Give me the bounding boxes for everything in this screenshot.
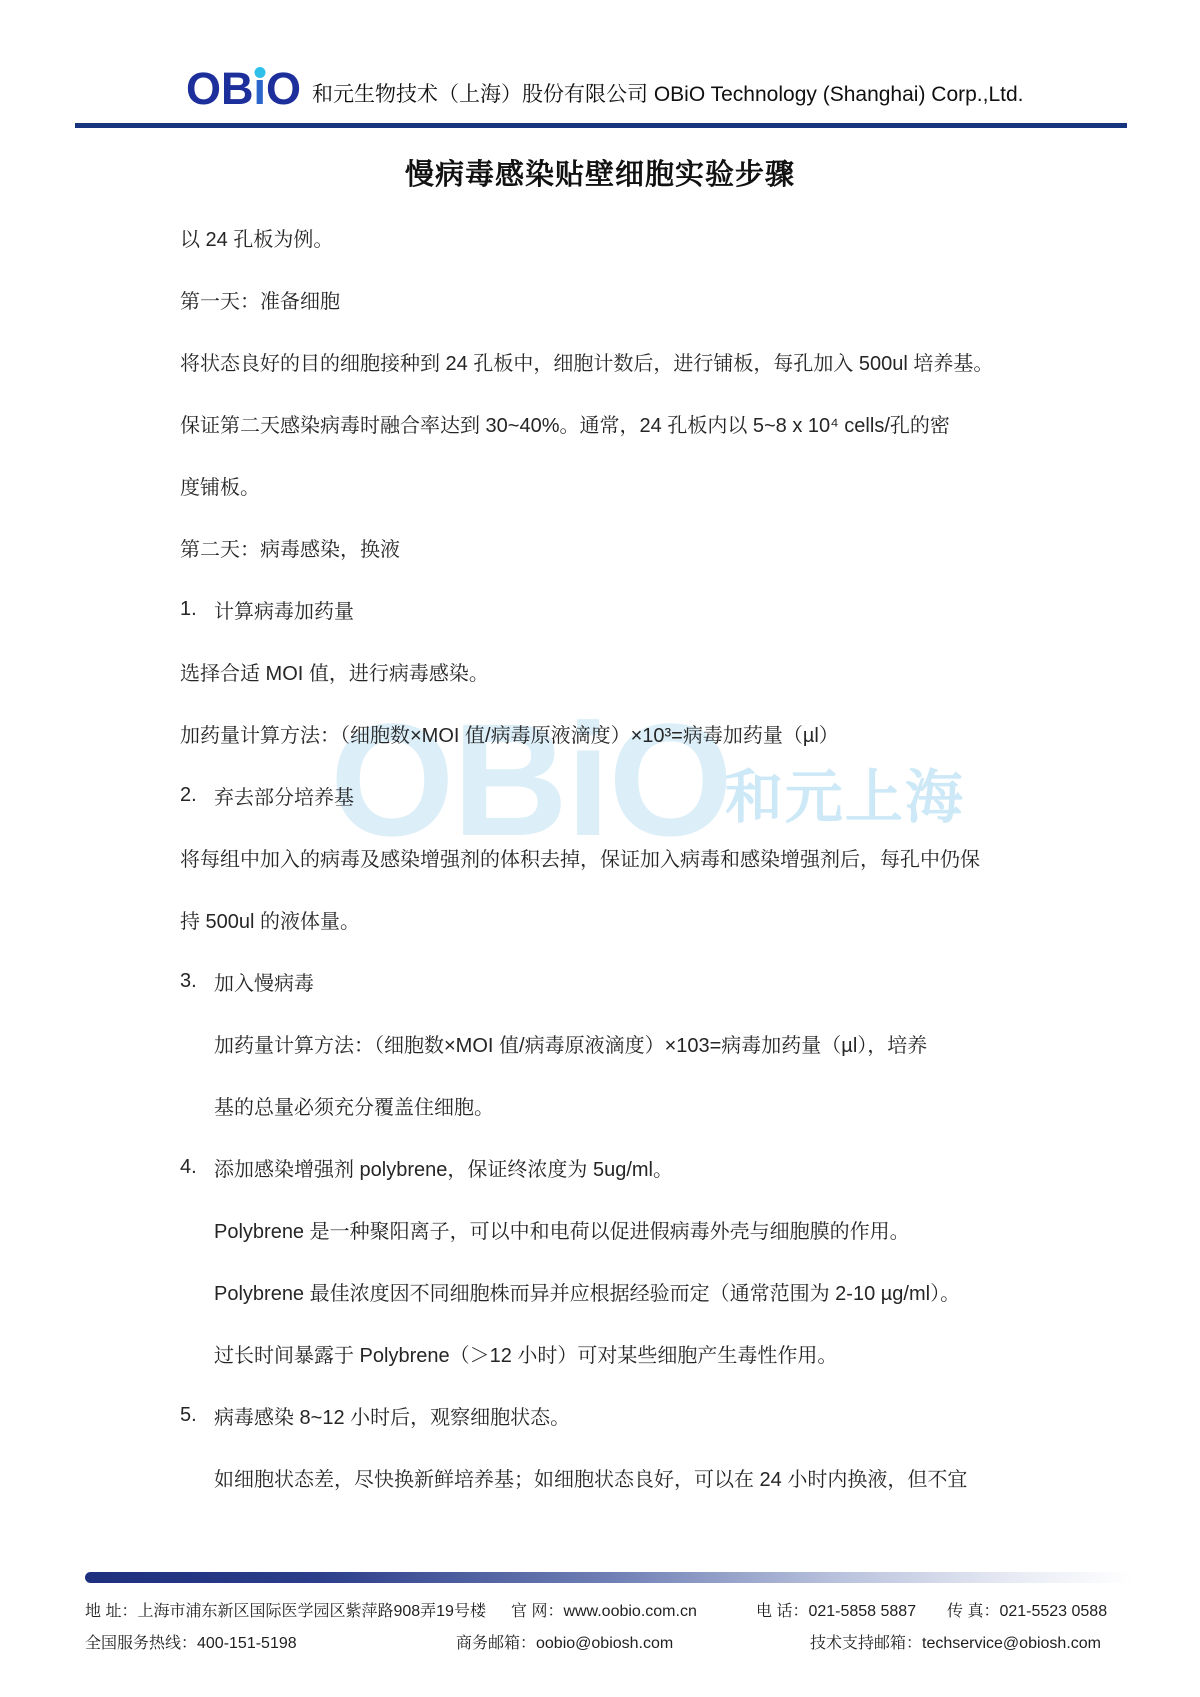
footer-tech-email: 技术支持邮箱：techservice@obiosh.com: [810, 1630, 1101, 1653]
paragraph-line: 度铺板。: [180, 454, 1040, 516]
list-item: 2.弃去部分培养基: [180, 764, 1040, 826]
footer-gradient-bar: [85, 1572, 1133, 1583]
paragraph-text: 第二天：病毒感染，换液: [180, 533, 400, 562]
paragraph-text: 弃去部分培养基: [214, 781, 354, 810]
paragraph-line: 保证第二天感染病毒时融合率达到 30~40%。通常，24 孔板内以 5~8 x …: [180, 392, 1040, 454]
footer-business-email: 商务邮箱：oobio@obiosh.com: [456, 1630, 673, 1653]
paragraph-text: 以 24 孔板为例。: [180, 223, 333, 252]
paragraph-text: 度铺板。: [180, 471, 260, 500]
paragraph-text: 基的总量必须充分覆盖住细胞。: [214, 1091, 494, 1120]
logo-letter: B: [221, 63, 254, 114]
paragraph-text: 病毒感染 8~12 小时后，观察细胞状态。: [214, 1401, 570, 1430]
paragraph-text: 过长时间暴露于 Polybrene（＞12 小时）可对某些细胞产生毒性作用。: [214, 1339, 837, 1368]
paragraph-text: 计算病毒加药量: [214, 595, 354, 624]
paragraph-line: 以 24 孔板为例。: [180, 206, 1040, 268]
paragraph-text: 持 500ul 的液体量。: [180, 905, 360, 934]
list-number: 5.: [180, 1404, 214, 1427]
footer-hotline: 全国服务热线：400-151-5198: [85, 1630, 297, 1653]
list-number: 4.: [180, 1156, 214, 1179]
paragraph-text: Polybrene 最佳浓度因不同细胞株而异并应根据经验而定（通常范围为 2-1…: [214, 1277, 960, 1306]
paragraph-line: Polybrene 最佳浓度因不同细胞株而异并应根据经验而定（通常范围为 2-1…: [180, 1260, 1040, 1322]
list-number: 3.: [180, 970, 214, 993]
paragraph-line: 基的总量必须充分覆盖住细胞。: [180, 1074, 1040, 1136]
paragraph-text: 将状态良好的目的细胞接种到 24 孔板中，细胞计数后，进行铺板，每孔加入 500…: [180, 347, 993, 376]
paragraph-line: 加药量计算方法：（细胞数×MOI 值/病毒原液滴度）×10³=病毒加药量（µl）: [180, 702, 1040, 764]
footer-phone: 电 话：021-5858 5887: [756, 1598, 916, 1621]
paragraph-line: 过长时间暴露于 Polybrene（＞12 小时）可对某些细胞产生毒性作用。: [180, 1322, 1040, 1384]
paragraph-line: 持 500ul 的液体量。: [180, 888, 1040, 950]
list-item: 4.添加感染增强剂 polybrene，保证终浓度为 5ug/ml。: [180, 1136, 1040, 1198]
footer-address: 地 址：上海市浦东新区国际医学园区紫萍路908弄19号楼: [85, 1598, 486, 1621]
list-item: 3.加入慢病毒: [180, 950, 1040, 1012]
list-number: 1.: [180, 598, 214, 621]
list-item: 5.病毒感染 8~12 小时后，观察细胞状态。: [180, 1384, 1040, 1446]
document-page: OBiO 和元生物技术（上海）股份有限公司 OBiO Technology (S…: [0, 0, 1200, 1697]
logo-letter-i: i: [254, 66, 267, 111]
paragraph-line: 加药量计算方法：（细胞数×MOI 值/病毒原液滴度）×103=病毒加药量（µl）…: [180, 1012, 1040, 1074]
obio-logo: OBiO: [186, 66, 301, 111]
paragraph-line: 如细胞状态差，尽快换新鲜培养基；如细胞状态良好，可以在 24 小时内换液，但不宜: [180, 1446, 1040, 1508]
list-item: 1.计算病毒加药量: [180, 578, 1040, 640]
logo-letter: O: [186, 63, 221, 114]
paragraph-line: 选择合适 MOI 值，进行病毒感染。: [180, 640, 1040, 702]
footer-website: 官 网：www.oobio.com.cn: [511, 1598, 697, 1621]
company-name: 和元生物技术（上海）股份有限公司 OBiO Technology (Shangh…: [312, 78, 1024, 108]
paragraph-text: 添加感染增强剂 polybrene，保证终浓度为 5ug/ml。: [214, 1153, 673, 1182]
header-divider: [75, 123, 1127, 128]
paragraph-text: 将每组中加入的病毒及感染增强剂的体积去掉，保证加入病毒和感染增强剂后，每孔中仍保: [180, 843, 980, 872]
paragraph-text: 加入慢病毒: [214, 967, 314, 996]
list-number: 2.: [180, 784, 214, 807]
logo-letter: O: [266, 63, 301, 114]
paragraph-line: 将每组中加入的病毒及感染增强剂的体积去掉，保证加入病毒和感染增强剂后，每孔中仍保: [180, 826, 1040, 888]
paragraph-text: 保证第二天感染病毒时融合率达到 30~40%。通常，24 孔板内以 5~8 x …: [180, 409, 950, 438]
paragraph-line: 第一天：准备细胞: [180, 268, 1040, 330]
document-body: 以 24 孔板为例。 第一天：准备细胞 将状态良好的目的细胞接种到 24 孔板中…: [180, 206, 1040, 1508]
paragraph-text: 加药量计算方法：（细胞数×MOI 值/病毒原液滴度）×10³=病毒加药量（µl）: [180, 719, 839, 748]
paragraph-text: 选择合适 MOI 值，进行病毒感染。: [180, 657, 489, 686]
paragraph-line: 第二天：病毒感染，换液: [180, 516, 1040, 578]
paragraph-text: 加药量计算方法：（细胞数×MOI 值/病毒原液滴度）×103=病毒加药量（µl）…: [214, 1029, 927, 1058]
page-title: 慢病毒感染贴壁细胞实验步骤: [0, 152, 1200, 193]
paragraph-text: Polybrene 是一种聚阳离子，可以中和电荷以促进假病毒外壳与细胞膜的作用。: [214, 1215, 910, 1244]
paragraph-text: 如细胞状态差，尽快换新鲜培养基；如细胞状态良好，可以在 24 小时内换液，但不宜: [214, 1463, 967, 1492]
paragraph-text: 第一天：准备细胞: [180, 285, 340, 314]
footer-fax: 传 真：021-5523 0588: [947, 1598, 1107, 1621]
paragraph-line: Polybrene 是一种聚阳离子，可以中和电荷以促进假病毒外壳与细胞膜的作用。: [180, 1198, 1040, 1260]
paragraph-line: 将状态良好的目的细胞接种到 24 孔板中，细胞计数后，进行铺板，每孔加入 500…: [180, 330, 1040, 392]
